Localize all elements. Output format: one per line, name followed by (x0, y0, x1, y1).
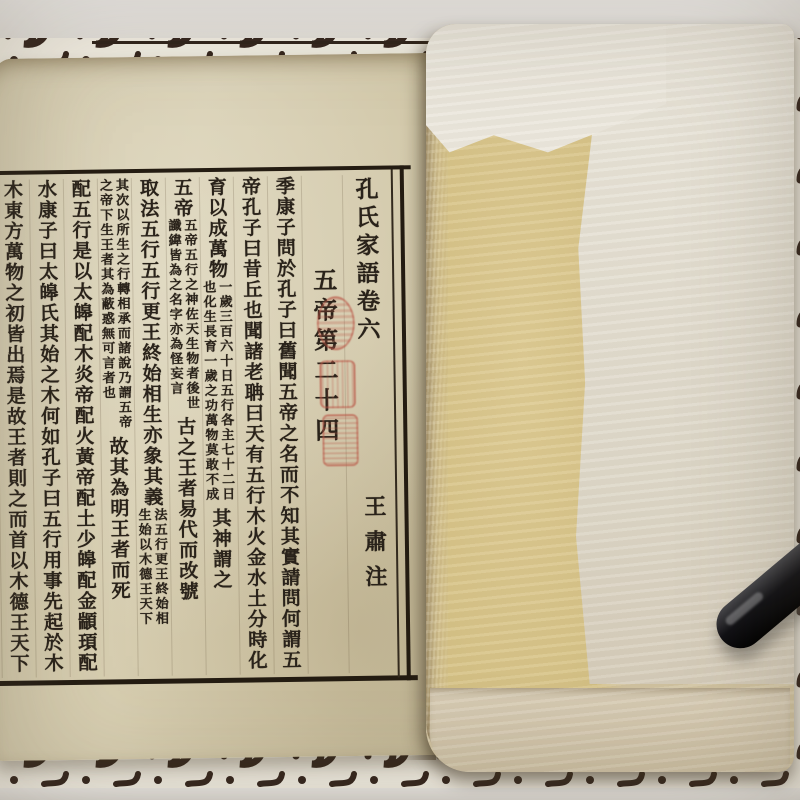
annotation-right-line: 一歲三百六十日五行各主七十二日 (218, 280, 236, 508)
collector-seal (322, 414, 359, 466)
interlinear-annotation: 一歲三百六十日五行各主七十二日也化生長育一歲之功萬物莫敢不成 (202, 280, 236, 508)
interlinear-annotation: 五帝五行之神佐天生物者後世讖緯皆為之名字亦為怪妄言 (167, 218, 201, 416)
column-main-text: 帝孔子曰昔丘也聞諸老聃曰天有五行木火金水土分時化 (237, 176, 271, 671)
column-main-text: 其神謂之 (207, 508, 235, 591)
paper-crumple-texture (426, 24, 794, 772)
column-main-text: 木東方萬物之初皆出焉是故王者則之而首以木德王天下 (0, 180, 33, 675)
column-main-text: 古之王者易代而改號 (172, 416, 202, 602)
annotation-left-line: 也化生長育一歲之功萬物莫敢不成 (202, 280, 220, 508)
column-main-text: 取法五行五行更王終始相生亦象其義 (135, 178, 167, 508)
collector-seal (316, 296, 355, 351)
column-main-text: 五帝 (169, 177, 197, 219)
annotation-right-line: 法五行更王終始相 (153, 507, 170, 629)
printed-frame-top-border (0, 165, 411, 175)
column-main-text: 故其為明王者而死 (104, 437, 133, 602)
shelf-edge-line (92, 41, 436, 44)
book-left-page: 孔氏家語卷六 王肅注 五帝第二十四 季康子問於孔子曰舊聞五帝之名而不知其實請問何… (0, 53, 441, 761)
printed-frame-right-outer-border (400, 165, 411, 680)
column-main-text: 育以成萬物 (203, 177, 231, 280)
annotation-left-line: 讖緯皆為之名字亦為怪妄言 (167, 219, 185, 417)
wall-bottom-band (0, 788, 800, 800)
column-main-text: 季康子問於孔子曰舊聞五帝之名而不知其實請問何謂五 (271, 176, 305, 671)
book-page-stack (426, 24, 794, 772)
annotation-left-line: 生始以木德王天下 (137, 507, 154, 629)
annotator-name: 王肅注 (359, 495, 391, 600)
interlinear-annotation: 其次以所生之行轉相承而諸說乃謂五帝之帝下生王者其為蔽惑無可言者也 (99, 178, 134, 437)
collector-seal (319, 360, 356, 408)
photo-stage: 孔氏家語卷六 王肅注 五帝第二十四 季康子問於孔子曰舊聞五帝之名而不知其實請問何… (0, 0, 800, 800)
interlinear-annotation: 法五行更王終始相生始以木德王天下 (137, 507, 170, 629)
column-main-text: 水康子曰太皞氏其始之木何如孔子曰五行用事先起於木 (33, 179, 67, 674)
